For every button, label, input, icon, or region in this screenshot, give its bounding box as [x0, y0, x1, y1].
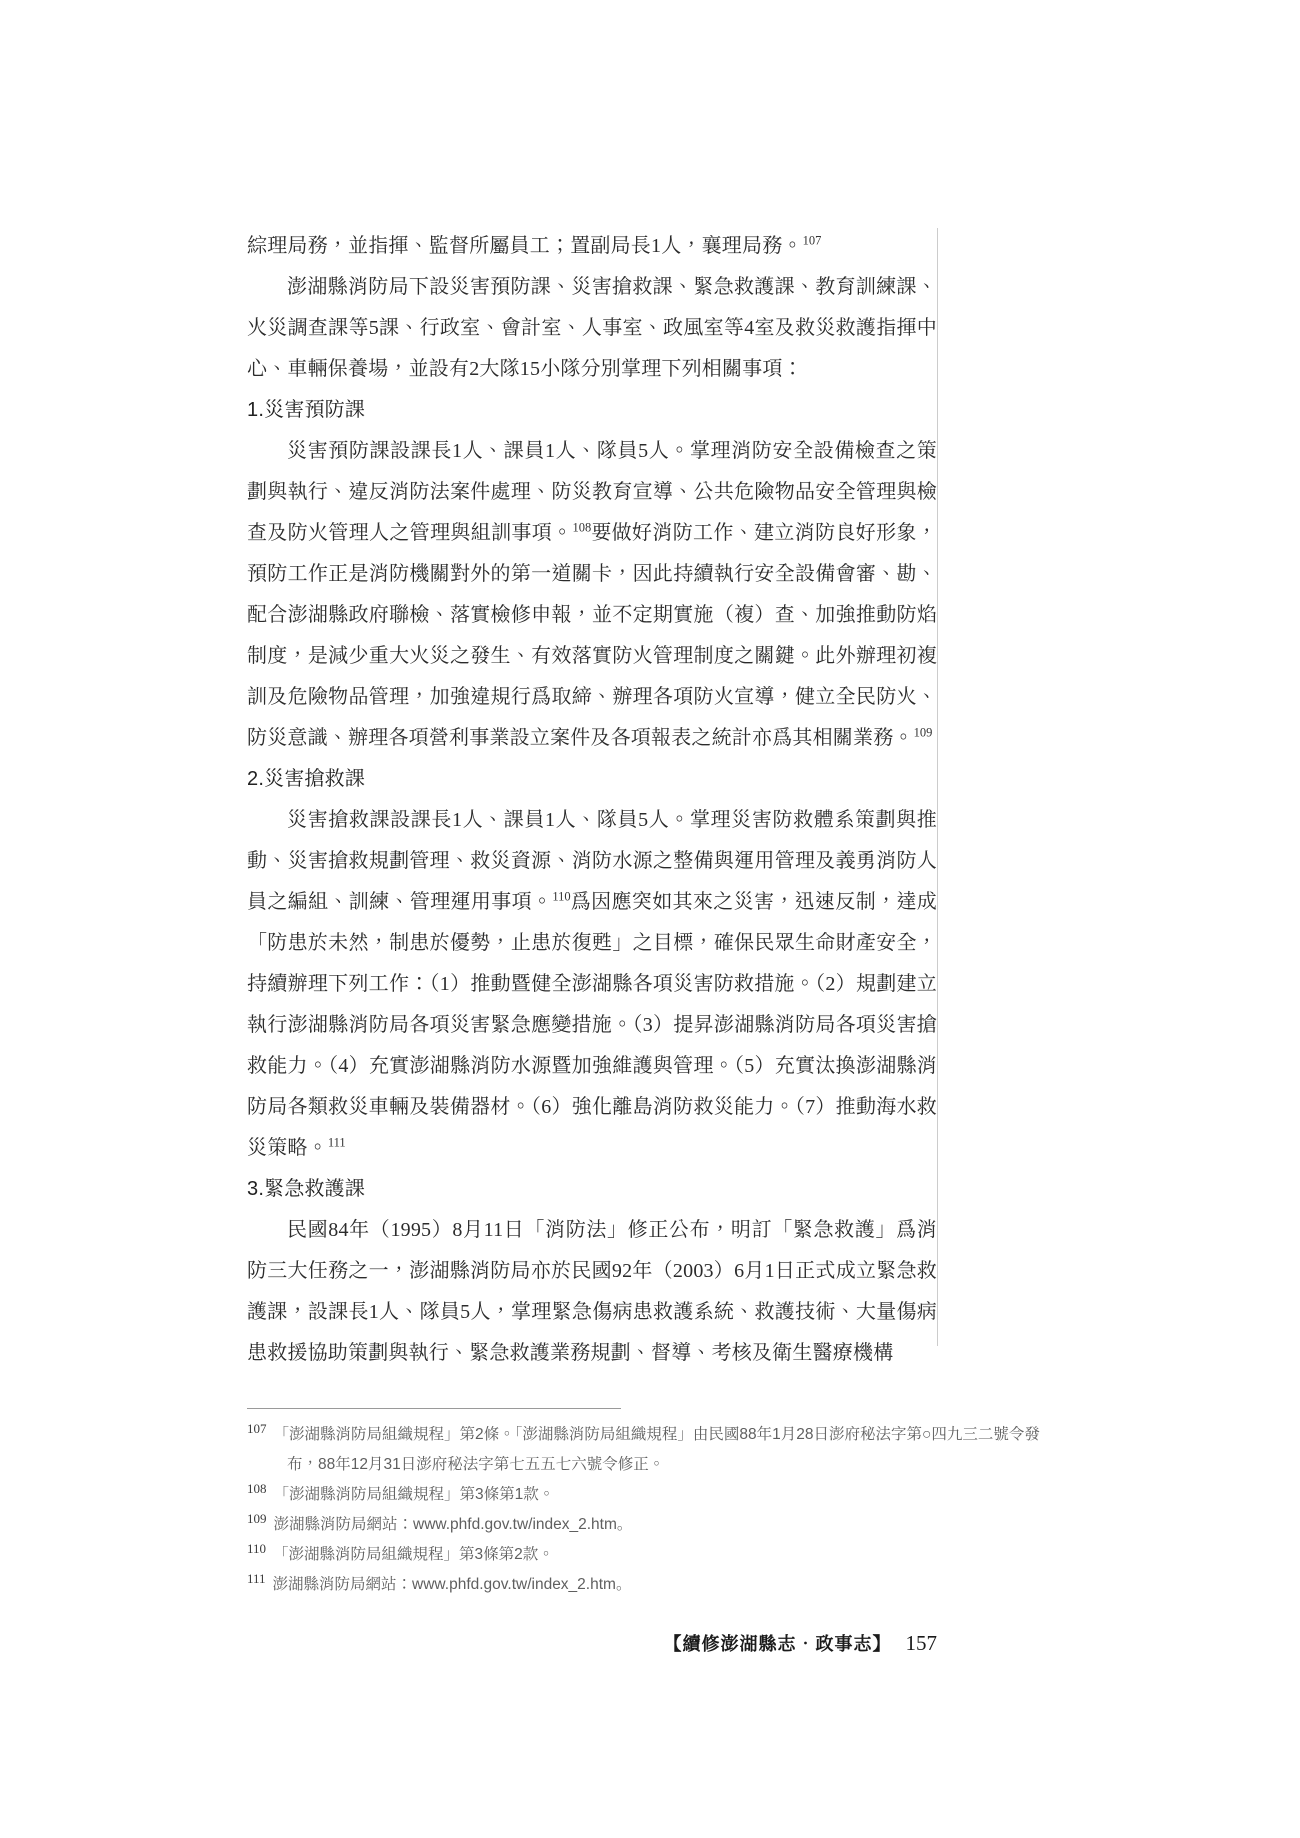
footnote-text: 「澎湖縣消防局組織規程」第2條。「澎湖縣消防局組織規程」由民國88年1月28日澎… — [274, 1426, 1040, 1473]
paragraph-section-3: 民國84年（1995）8月11日「消防法」修正公布，明訂「緊急救護」爲消防三大任… — [247, 1210, 937, 1374]
footnote-ref-109: 109 — [914, 725, 933, 739]
footnote-ref-108: 108 — [572, 520, 591, 534]
document-page: 綜理局務，並指揮、監督所屬員工；置副局長1人，襄理局務。107 澎湖縣消防局下設… — [0, 0, 1300, 1838]
section-heading-1: 1.災害預防課 — [247, 390, 937, 431]
section-heading-2: 2.災害搶救課 — [247, 759, 937, 800]
paragraph-continuation: 綜理局務，並指揮、監督所屬員工；置副局長1人，襄理局務。107 — [247, 226, 937, 267]
footnote: 107「澎湖縣消防局組織規程」第2條。「澎湖縣消防局組織規程」由民國88年1月2… — [247, 1420, 1067, 1480]
footnote-separator — [247, 1408, 621, 1409]
paragraph-text: 綜理局務，並指揮、監督所屬員工；置副局長1人，襄理局務。 — [247, 235, 803, 257]
paragraph-text: 要做好消防工作、建立消防良好形象，預防工作正是消防機關對外的第一道關卡，因此持續… — [247, 522, 937, 749]
footnote-text: 「澎湖縣消防局組織規程」第3條第1款。 — [274, 1486, 555, 1503]
page-edge-line — [937, 228, 938, 1346]
paragraph-section-1: 災害預防課設課長1人、課員1人、隊員5人。掌理消防安全設備檢查之策劃與執行、違反… — [247, 431, 937, 759]
page-number: 157 — [906, 1631, 938, 1655]
section-heading-3: 3.緊急救護課 — [247, 1169, 937, 1210]
footnote: 111澎湖縣消防局網站：www.phfd.gov.tw/index_2.htm。 — [247, 1570, 1067, 1600]
footnote-number: 111 — [247, 1571, 273, 1586]
footnote: 109澎湖縣消防局網站：www.phfd.gov.tw/index_2.htm。 — [247, 1510, 1067, 1540]
paragraph-section-2: 災害搶救課設課長1人、課員1人、隊員5人。掌理災害防救體系策劃與推動、災害搶救規… — [247, 800, 937, 1169]
paragraph-text: 爲因應突如其來之災害，迅速反制，達成「防患於未然，制患於優勢，止患於復甦」之目標… — [247, 891, 937, 1159]
main-text-block: 綜理局務，並指揮、監督所屬員工；置副局長1人，襄理局務。107 澎湖縣消防局下設… — [247, 226, 937, 1374]
footnote-ref-107: 107 — [803, 233, 822, 247]
footnote-text: 「澎湖縣消防局組織規程」第3條第2款。 — [273, 1546, 554, 1563]
paragraph-text: 澎湖縣消防局下設災害預防課、災害搶救課、緊急救護課、教育訓練課、火災調查課等5課… — [247, 276, 937, 380]
footnote-ref-110: 110 — [552, 889, 570, 903]
footnote-text: 澎湖縣消防局網站：www.phfd.gov.tw/index_2.htm。 — [273, 1576, 632, 1593]
footnotes-block: 107「澎湖縣消防局組織規程」第2條。「澎湖縣消防局組織規程」由民國88年1月2… — [247, 1420, 1067, 1600]
footnote: 110「澎湖縣消防局組織規程」第3條第2款。 — [247, 1540, 1067, 1570]
footnote-text: 澎湖縣消防局網站：www.phfd.gov.tw/index_2.htm。 — [274, 1516, 633, 1533]
footnote-number: 110 — [247, 1541, 273, 1556]
book-title: 【續修澎湖縣志．政事志】 — [664, 1634, 892, 1654]
page-footer: 【續修澎湖縣志．政事志】157 — [247, 1630, 937, 1656]
footnote-number: 107 — [247, 1421, 274, 1436]
footnote-ref-111: 111 — [328, 1135, 346, 1149]
paragraph-text: 民國84年（1995）8月11日「消防法」修正公布，明訂「緊急救護」爲消防三大任… — [247, 1219, 937, 1364]
footnote-number: 109 — [247, 1511, 274, 1526]
footnote: 108「澎湖縣消防局組織規程」第3條第1款。 — [247, 1480, 1067, 1510]
footnote-number: 108 — [247, 1481, 274, 1496]
paragraph-overview: 澎湖縣消防局下設災害預防課、災害搶救課、緊急救護課、教育訓練課、火災調查課等5課… — [247, 267, 937, 390]
